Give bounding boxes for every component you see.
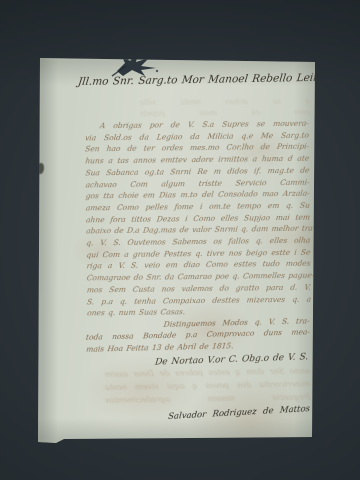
ink-splatter-icon xyxy=(110,50,162,80)
signature-text: Salvador Rodriguez de Mattos xyxy=(168,403,311,423)
left-edge-ink-mark xyxy=(37,163,44,174)
letter-signature: Salvador Rodriguez de Mattos xyxy=(168,403,310,423)
verso-showthrough-top: q se achao nesta villa com os mais papei… xyxy=(140,95,310,118)
letter-closing: Distinguemos Modos q. V. S. tra- toda no… xyxy=(86,315,311,355)
verso-showthrough-bottom: anno Snr dom q estes pobres de Deos assi… xyxy=(105,364,311,407)
photo-backdrop: q se achao nesta villa com os mais papei… xyxy=(0,0,360,480)
letter-paper: q se achao nesta villa com os mais papei… xyxy=(0,0,360,480)
showthrough-line: com os mais papeis xyxy=(139,106,311,118)
letter-body: A obrigas por de V. S.a Supres se mouver… xyxy=(85,118,311,320)
